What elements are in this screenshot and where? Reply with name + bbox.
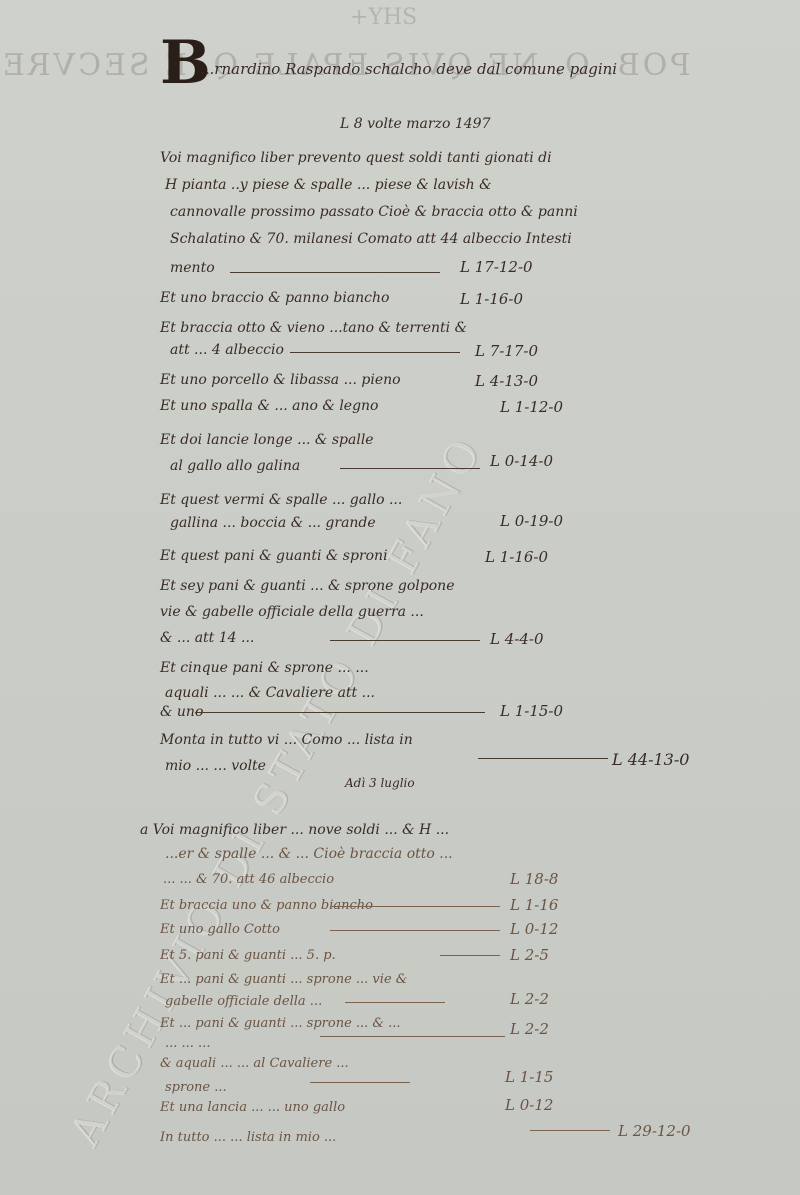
entry-line: In tutto ... ... lista in mio ... bbox=[160, 1130, 336, 1145]
entry-amount: L 2-5 bbox=[510, 946, 549, 964]
entry-line: Monta in tutto vi ... Como ... lista in bbox=[160, 732, 413, 748]
entry-amount: L 18-8 bbox=[510, 870, 558, 888]
entry-amount: L 1-16-0 bbox=[460, 290, 523, 308]
entry-amount: L 1-15-0 bbox=[500, 702, 563, 720]
header-date: L 8 volte marzo 1497 bbox=[340, 116, 490, 132]
entry-line: & ... att 14 ... bbox=[160, 630, 254, 646]
ledger-rule bbox=[440, 955, 500, 956]
ledger-rule bbox=[195, 712, 485, 713]
entry-line: gabelle officiale della ... bbox=[165, 994, 322, 1009]
total-amount: L 44-13-0 bbox=[612, 750, 689, 769]
ledger-rule bbox=[530, 1130, 610, 1131]
ledger-rule bbox=[330, 906, 500, 907]
entry-line: Et uno braccio & panno biancho bbox=[160, 290, 389, 306]
entry-line: Et quest pani & guanti & sproni bbox=[160, 548, 388, 564]
entry-line: Et quest vermi & spalle ... gallo ... bbox=[160, 492, 402, 508]
entry-amount: L 4-13-0 bbox=[475, 372, 538, 390]
entry-line: ... ... & 70. att 46 albeccio bbox=[163, 872, 334, 887]
entry-line: Et uno porcello & libassa ... pieno bbox=[160, 372, 401, 388]
entry-line: Et una lancia ... ... uno gallo bbox=[160, 1100, 345, 1115]
entry-line: att ... 4 albeccio bbox=[170, 342, 284, 358]
entry-amount: L 7-17-0 bbox=[475, 342, 538, 360]
entry-line: Et 5. pani & guanti ... 5. p. bbox=[160, 948, 336, 963]
entry-line: al gallo allo galina bbox=[170, 458, 300, 474]
entry-amount: L 2-2 bbox=[510, 1020, 549, 1038]
ledger-rule bbox=[330, 640, 480, 641]
ledger-rule bbox=[320, 1036, 505, 1037]
entry-line: Et cinque pani & sprone ... ... bbox=[160, 660, 369, 676]
entry-line: Et ... pani & guanti ... sprone ... vie … bbox=[160, 972, 407, 987]
entry-line: Voi magnifico liber prevento quest soldi… bbox=[160, 150, 552, 166]
section2-date: Adì 3 luglio bbox=[345, 776, 415, 790]
entry-amount: L 1-12-0 bbox=[500, 398, 563, 416]
header-title: ...rnardino Raspando schalcho deve dal c… bbox=[200, 60, 617, 78]
entry-line: ... ... ... bbox=[165, 1036, 210, 1051]
entry-line: H pianta ..y piese & spalle ... piese & … bbox=[165, 177, 492, 193]
entry-amount: L 1-15 bbox=[505, 1068, 553, 1086]
bleed-through-top: +YHS bbox=[350, 5, 417, 30]
entry-amount: L 4-4-0 bbox=[490, 630, 544, 648]
entry-line: ...er & spalle ... & ... Cioè braccia ot… bbox=[165, 846, 453, 862]
entry-line: aquali ... ... & Cavaliere att ... bbox=[165, 685, 375, 701]
entry-line: Schalatino & 70. milanesi Comato att 44 … bbox=[170, 231, 572, 247]
entry-amount: L 17-12-0 bbox=[460, 258, 533, 276]
ledger-rule bbox=[345, 1002, 445, 1003]
entry-line: cannovalle prossimo passato Cioè & bracc… bbox=[170, 204, 578, 220]
manuscript-page: +YHS POB. Q. NE QVIS EPALE Q. E SECVRE A… bbox=[0, 0, 800, 1195]
entry-amount: L 1-16 bbox=[510, 896, 558, 914]
entry-amount: L 1-16-0 bbox=[485, 548, 548, 566]
entry-line: Et sey pani & guanti ... & sprone golpon… bbox=[160, 578, 454, 594]
entry-line: gallina ... boccia & ... grande bbox=[170, 515, 376, 531]
ledger-rule bbox=[330, 930, 500, 931]
entry-amount: L 0-12 bbox=[505, 1096, 553, 1114]
entry-line: sprone ... bbox=[165, 1080, 227, 1095]
section2-total-amount: L 29-12-0 bbox=[618, 1122, 691, 1140]
ledger-rule bbox=[340, 468, 480, 469]
entry-line: a Voi magnifico liber ... nove soldi ...… bbox=[140, 822, 449, 838]
ledger-rule bbox=[230, 272, 440, 273]
entry-amount: L 0-12 bbox=[510, 920, 558, 938]
entry-line: vie & gabelle officiale della guerra ... bbox=[160, 604, 424, 620]
entry-line: Et doi lancie longe ... & spalle bbox=[160, 432, 374, 448]
entry-line: Et ... pani & guanti ... sprone ... & ..… bbox=[160, 1016, 401, 1031]
archive-watermark: ARCHIVIO DI STATO DI FANO bbox=[60, 426, 493, 1153]
entry-line: Et braccia otto & vieno ...tano & terren… bbox=[160, 320, 467, 336]
entry-amount: L 0-19-0 bbox=[500, 512, 563, 530]
entry-amount: L 2-2 bbox=[510, 990, 549, 1008]
entry-amount: L 0-14-0 bbox=[490, 452, 553, 470]
ledger-rule bbox=[478, 758, 608, 759]
entry-line: & aquali ... ... al Cavaliere ... bbox=[160, 1056, 349, 1071]
entry-line: Et uno gallo Cotto bbox=[160, 922, 280, 937]
ledger-rule bbox=[290, 352, 460, 353]
entry-line: mio ... ... volte bbox=[165, 758, 266, 774]
ledger-rule bbox=[310, 1082, 410, 1083]
entry-line: Et uno spalla & ... ano & legno bbox=[160, 398, 379, 414]
entry-line: mento bbox=[170, 260, 215, 276]
